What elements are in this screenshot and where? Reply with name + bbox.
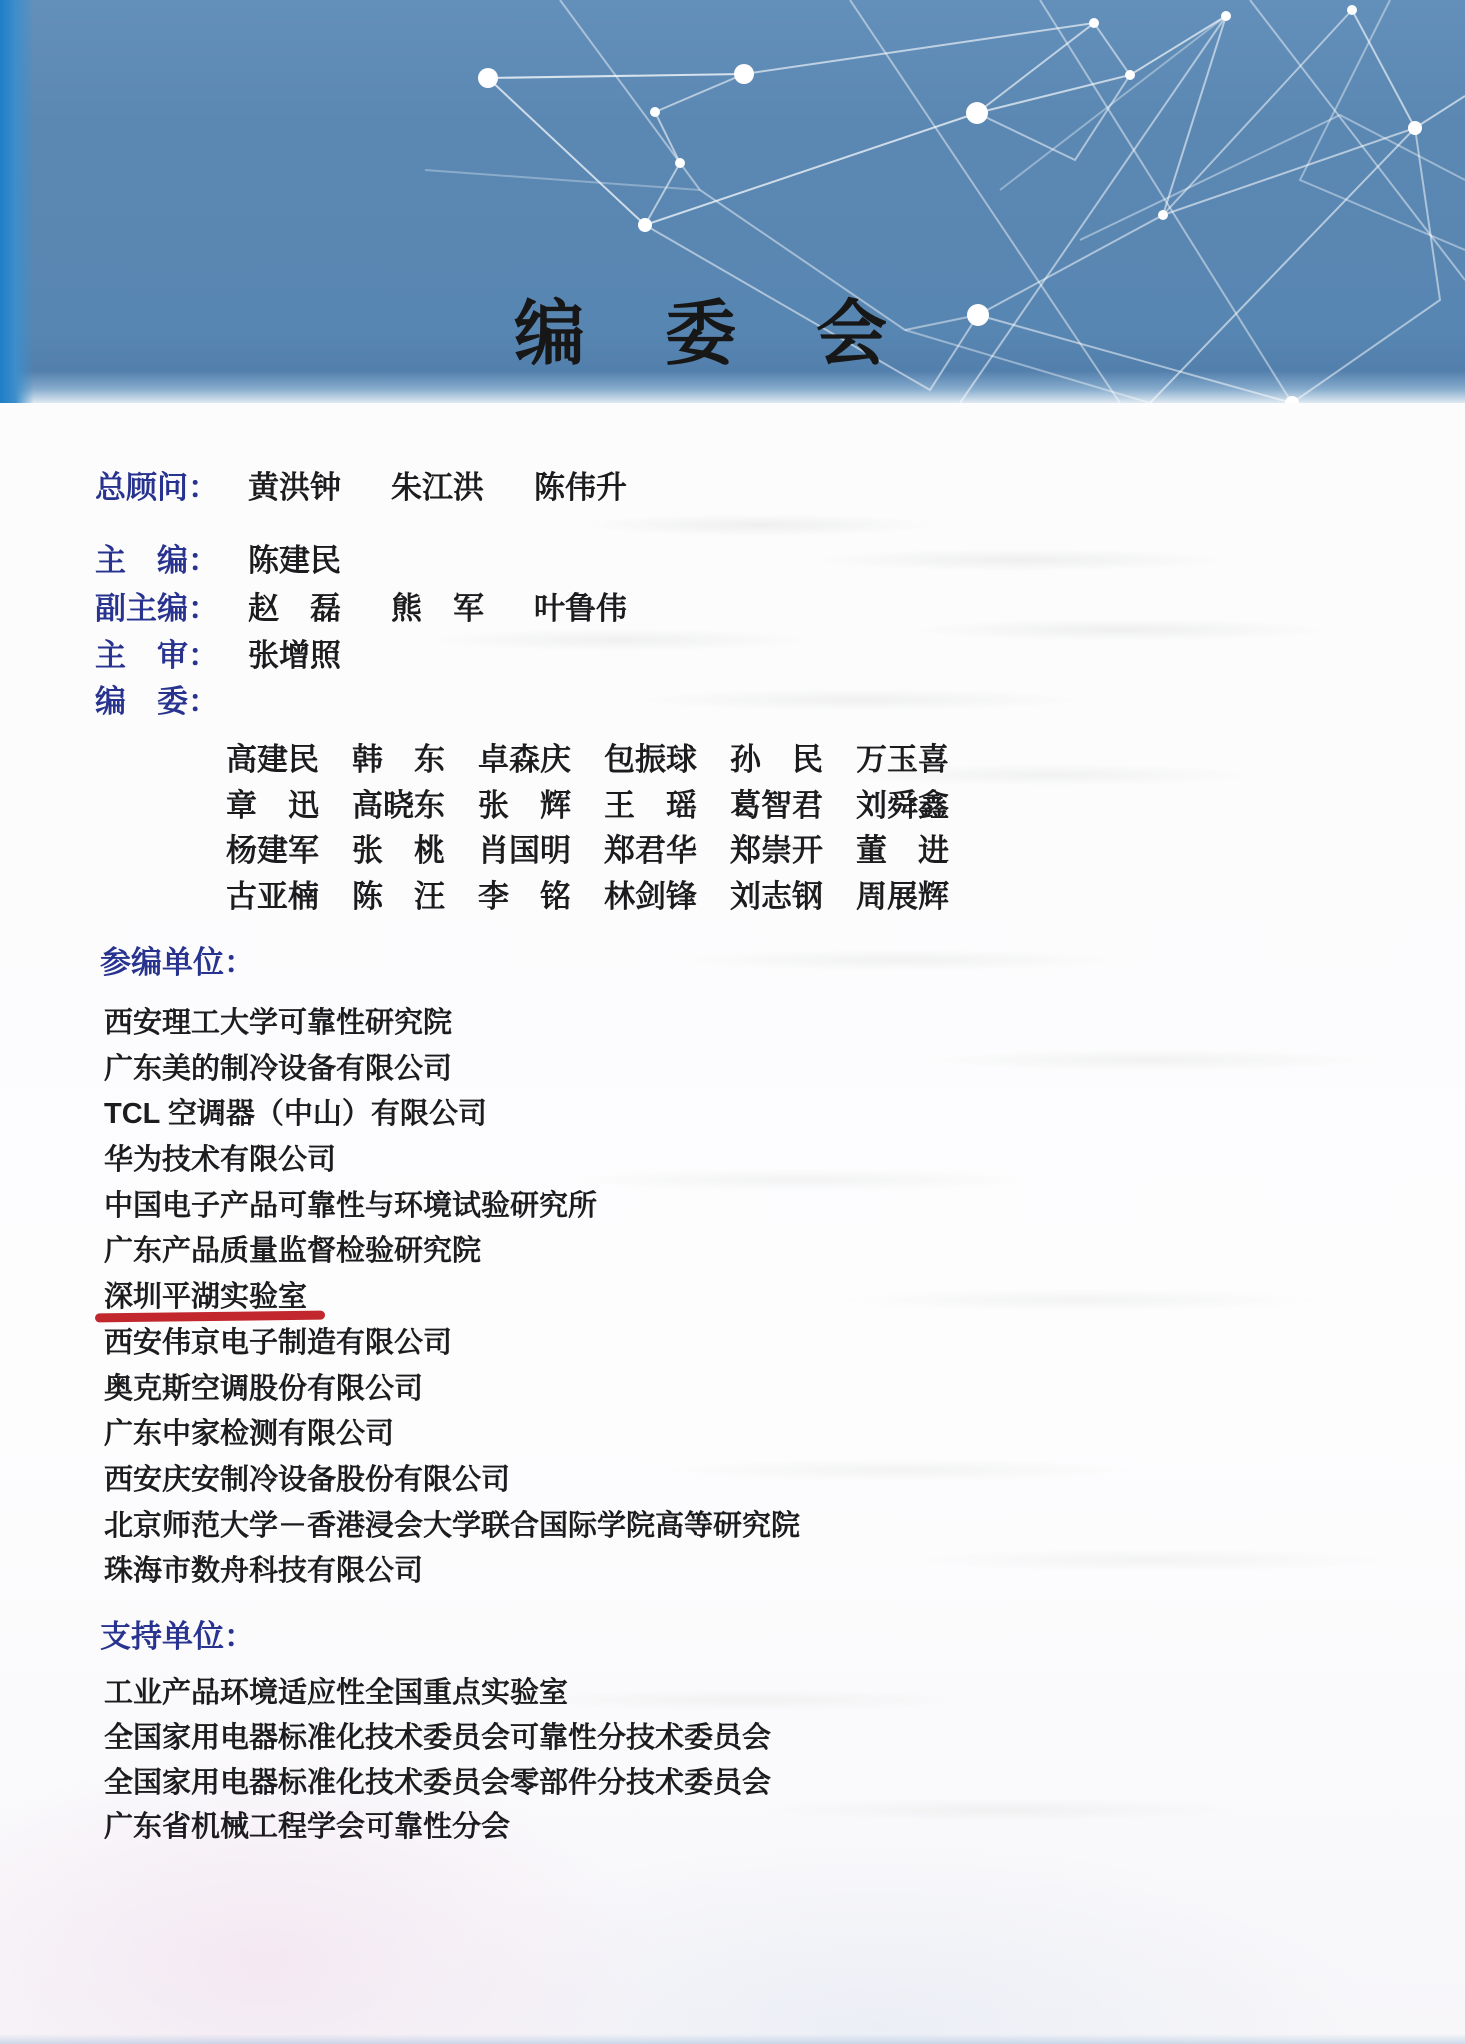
org-name: 全国家用电器标准化技术委员会零部件分技术委员会	[104, 1767, 771, 1799]
person-name: 陈建民	[248, 543, 341, 578]
person-name: 叶鲁伟	[534, 591, 627, 626]
org-name: 深圳平湖实验室	[104, 1281, 307, 1313]
org-name: 工业产品环境适应性全国重点实验室	[104, 1677, 568, 1709]
org-name: 广东美的制冷设备有限公司	[104, 1053, 452, 1085]
org-list-item: 全国家用电器标准化技术委员会零部件分技术委员会	[104, 1761, 771, 1806]
org-list-item: 西安庆安制冷设备股份有限公司	[104, 1458, 800, 1504]
role-row-chief-advisors: 总顾问：黄洪钟朱江洪陈伟升	[95, 468, 677, 508]
person-name: 刘舜鑫	[856, 783, 950, 829]
org-list-item: 广东美的制冷设备有限公司	[104, 1047, 800, 1093]
committee-row: 高建民韩 东卓森庆包振球孙 民万玉喜	[226, 737, 982, 783]
org-name: 华为技术有限公司	[104, 1144, 336, 1176]
person-name: 张 辉	[478, 783, 572, 829]
org-name: 奥克斯空调股份有限公司	[104, 1373, 423, 1405]
person-name: 郑崇开	[730, 828, 824, 874]
participating-orgs-list: 西安理工大学可靠性研究院 广东美的制冷设备有限公司 TCL 空调器（中山）有限公…	[104, 1001, 800, 1595]
role-row-chief-reviewer: 主 审：张增照	[95, 636, 391, 676]
org-list-item: 奥克斯空调股份有限公司	[104, 1367, 800, 1413]
committee-row: 杨建军张 桃肖国明郑君华郑崇开董 进	[226, 828, 982, 874]
person-name: 董 进	[856, 828, 950, 874]
person-name: 赵 磊	[248, 591, 341, 626]
person-name: 熊 军	[391, 591, 484, 626]
person-name: 万玉喜	[856, 737, 950, 783]
org-list-item: 北京师范大学－香港浸会大学联合国际学院高等研究院	[104, 1504, 800, 1550]
org-name: TCL 空调器（中山）有限公司	[104, 1098, 487, 1130]
header-band: 编委会	[0, 0, 1465, 403]
org-list-item: 广东省机械工程学会可靠性分会	[104, 1805, 771, 1850]
person-name: 郑君华	[604, 828, 698, 874]
person-name: 陈伟升	[534, 470, 627, 505]
person-name: 包振球	[604, 737, 698, 783]
role-label: 主 编：	[95, 541, 248, 581]
person-name: 张 桃	[352, 828, 446, 874]
scanned-book-page: 编委会 总顾问：黄洪钟朱江洪陈伟升 主 编：陈建民 副主编：赵 磊熊 军叶鲁伟 …	[0, 0, 1465, 2044]
org-name: 西安伟京电子制造有限公司	[104, 1327, 452, 1359]
role-label: 总顾问：	[95, 468, 248, 508]
person-name: 韩 东	[352, 737, 446, 783]
org-list-item: 工业产品环境适应性全国重点实验室	[104, 1671, 771, 1716]
org-name: 珠海市数舟科技有限公司	[104, 1555, 423, 1587]
person-name: 林剑锋	[604, 874, 698, 920]
org-list-item-underlined: 深圳平湖实验室	[104, 1275, 800, 1321]
person-name: 刘志钢	[730, 874, 824, 920]
org-name: 广东产品质量监督检验研究院	[104, 1235, 481, 1267]
committee-member-grid: 高建民韩 东卓森庆包振球孙 民万玉喜 章 迅高晓东张 辉王 瑶葛智君刘舜鑫 杨建…	[226, 737, 982, 919]
role-row-chief-editor: 主 编：陈建民	[95, 541, 391, 581]
supporting-orgs-list: 工业产品环境适应性全国重点实验室 全国家用电器标准化技术委员会可靠性分技术委员会…	[104, 1671, 771, 1850]
org-name: 广东中家检测有限公司	[104, 1418, 394, 1450]
person-name: 肖国明	[478, 828, 572, 874]
person-name: 陈 汪	[352, 874, 446, 920]
participating-orgs-heading: 参编单位：	[100, 943, 255, 983]
person-name: 张增照	[248, 638, 341, 673]
role-label: 编 委：	[95, 682, 248, 722]
supporting-orgs-heading: 支持单位：	[100, 1617, 255, 1657]
org-list-item: 全国家用电器标准化技术委员会可靠性分技术委员会	[104, 1716, 771, 1761]
org-name: 北京师范大学－香港浸会大学联合国际学院高等研究院	[104, 1510, 800, 1542]
person-name: 古亚楠	[226, 874, 320, 920]
person-name: 章 迅	[226, 783, 320, 829]
org-name: 广东省机械工程学会可靠性分会	[104, 1811, 510, 1843]
person-name: 李 铭	[478, 874, 572, 920]
role-row-editorial-board: 编 委：	[95, 682, 248, 722]
person-name: 杨建军	[226, 828, 320, 874]
person-name: 孙 民	[730, 737, 824, 783]
org-list-item: 珠海市数舟科技有限公司	[104, 1549, 800, 1595]
org-list-item: 广东中家检测有限公司	[104, 1412, 800, 1458]
org-name: 全国家用电器标准化技术委员会可靠性分技术委员会	[104, 1722, 771, 1754]
page-title: 编委会	[0, 297, 1401, 373]
person-name: 卓森庆	[478, 737, 572, 783]
person-name: 高建民	[226, 737, 320, 783]
person-name: 王 瑶	[604, 783, 698, 829]
person-name: 周展辉	[856, 874, 950, 920]
person-name: 朱江洪	[391, 470, 484, 505]
person-name: 黄洪钟	[248, 470, 341, 505]
role-label: 副主编：	[95, 589, 248, 629]
committee-row: 章 迅高晓东张 辉王 瑶葛智君刘舜鑫	[226, 783, 982, 829]
org-list-item: 华为技术有限公司	[104, 1138, 800, 1184]
org-list-item: 西安伟京电子制造有限公司	[104, 1321, 800, 1367]
person-name: 高晓东	[352, 783, 446, 829]
role-row-deputy-editors: 副主编：赵 磊熊 军叶鲁伟	[95, 589, 677, 629]
org-list-item: 中国电子产品可靠性与环境试验研究所	[104, 1184, 800, 1230]
page-bottom-edge-shadow	[0, 2034, 1465, 2044]
org-list-item: TCL 空调器（中山）有限公司	[104, 1092, 800, 1138]
org-list-item: 西安理工大学可靠性研究院	[104, 1001, 800, 1047]
org-name: 中国电子产品可靠性与环境试验研究所	[104, 1190, 597, 1222]
org-name: 西安理工大学可靠性研究院	[104, 1007, 452, 1039]
role-label: 主 审：	[95, 636, 248, 676]
org-name: 西安庆安制冷设备股份有限公司	[104, 1464, 510, 1496]
org-list-item: 广东产品质量监督检验研究院	[104, 1229, 800, 1275]
person-name: 葛智君	[730, 783, 824, 829]
committee-row: 古亚楠陈 汪李 铭林剑锋刘志钢周展辉	[226, 874, 982, 920]
